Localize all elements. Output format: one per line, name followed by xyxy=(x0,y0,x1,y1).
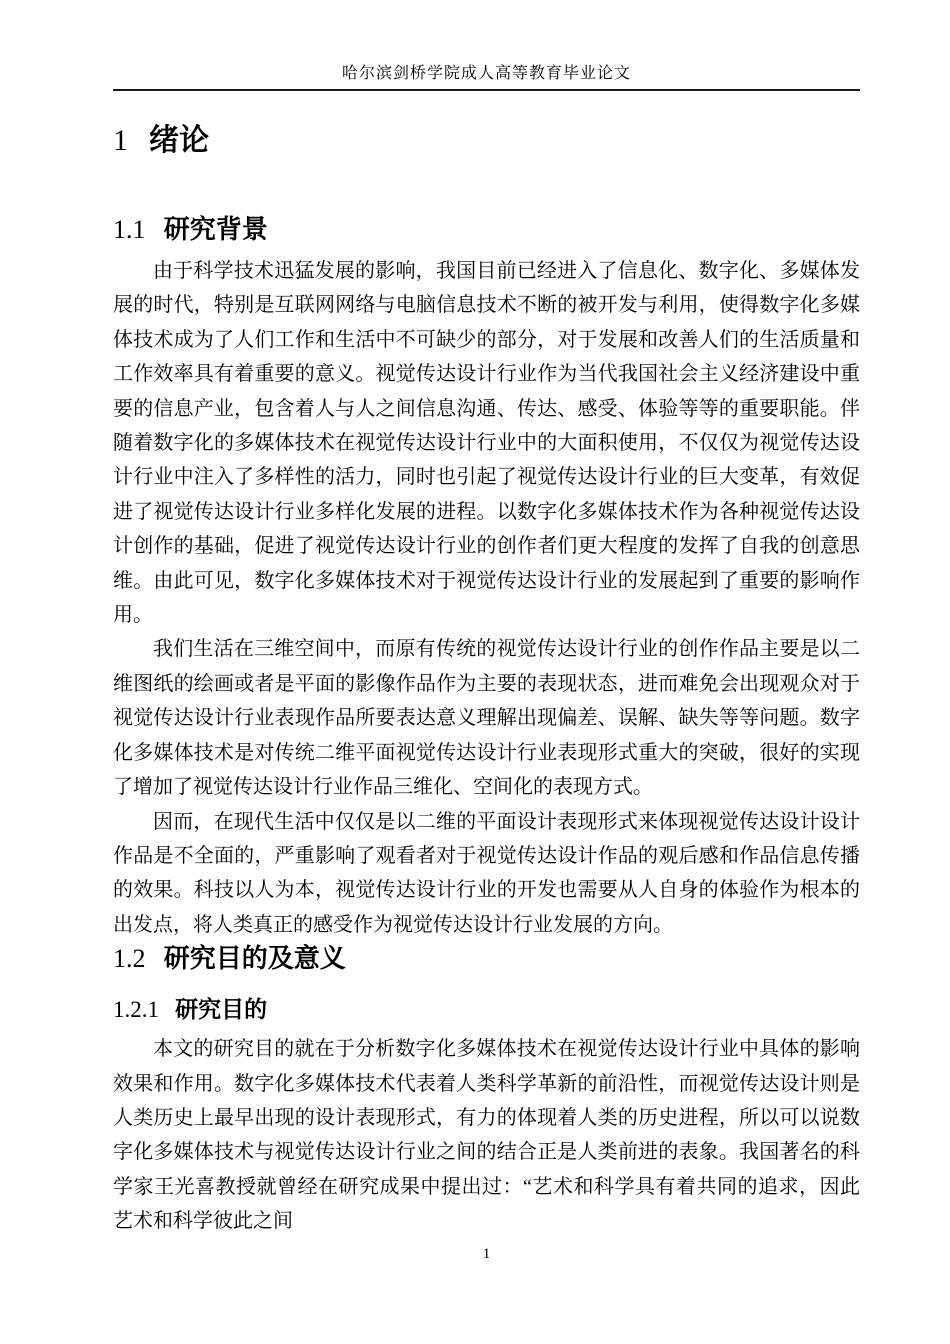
paragraph-research-background-3: 因而，在现代生活中仅仅是以二维的平面设计表现形式来体现视觉传达设计设计作品是不全… xyxy=(113,805,860,943)
chapter-title: 绪论 xyxy=(149,124,209,157)
page-content: 1绪论 1.1研究背景 由于科学技术迅猛发展的影响，我国目前已经进入了信息化、数… xyxy=(113,123,860,1239)
section-1-1-number: 1.1 xyxy=(113,215,146,244)
section-1-1-title: 研究背景 xyxy=(164,214,268,244)
section-1-2-title: 研究目的及意义 xyxy=(164,943,346,973)
subsection-1-2-1-number: 1.2.1 xyxy=(113,997,159,1022)
subsection-heading-1-2-1: 1.2.1研究目的 xyxy=(113,995,860,1024)
section-1-2-number: 1.2 xyxy=(113,944,146,973)
page-footer: 1 xyxy=(113,1245,860,1263)
thesis-page: 哈尔滨剑桥学院成人高等教育毕业论文 1绪论 1.1研究背景 由于科学技术迅猛发展… xyxy=(0,0,950,1344)
section-heading-1-2: 1.2研究目的及意义 xyxy=(113,942,860,975)
paragraph-research-background-1: 由于科学技术迅猛发展的影响，我国目前已经进入了信息化、数字化、多媒体发展的时代，… xyxy=(113,254,860,632)
page-number: 1 xyxy=(483,1246,491,1262)
paragraph-research-purpose-1: 本文的研究目的就在于分析数字化多媒体技术在视觉传达设计行业中具体的影响效果和作用… xyxy=(113,1032,860,1238)
running-head-title: 哈尔滨剑桥学院成人高等教育毕业论文 xyxy=(342,65,631,82)
paragraph-research-background-2: 我们生活在三维空间中，而原有传统的视觉传达设计行业的创作作品主要是以二维图纸的绘… xyxy=(113,632,860,804)
section-heading-1-1: 1.1研究背景 xyxy=(113,213,860,246)
chapter-heading: 1绪论 xyxy=(113,123,860,159)
chapter-number: 1 xyxy=(113,124,128,157)
page-header: 哈尔滨剑桥学院成人高等教育毕业论文 xyxy=(113,0,860,91)
subsection-1-2-1-title: 研究目的 xyxy=(175,996,267,1022)
